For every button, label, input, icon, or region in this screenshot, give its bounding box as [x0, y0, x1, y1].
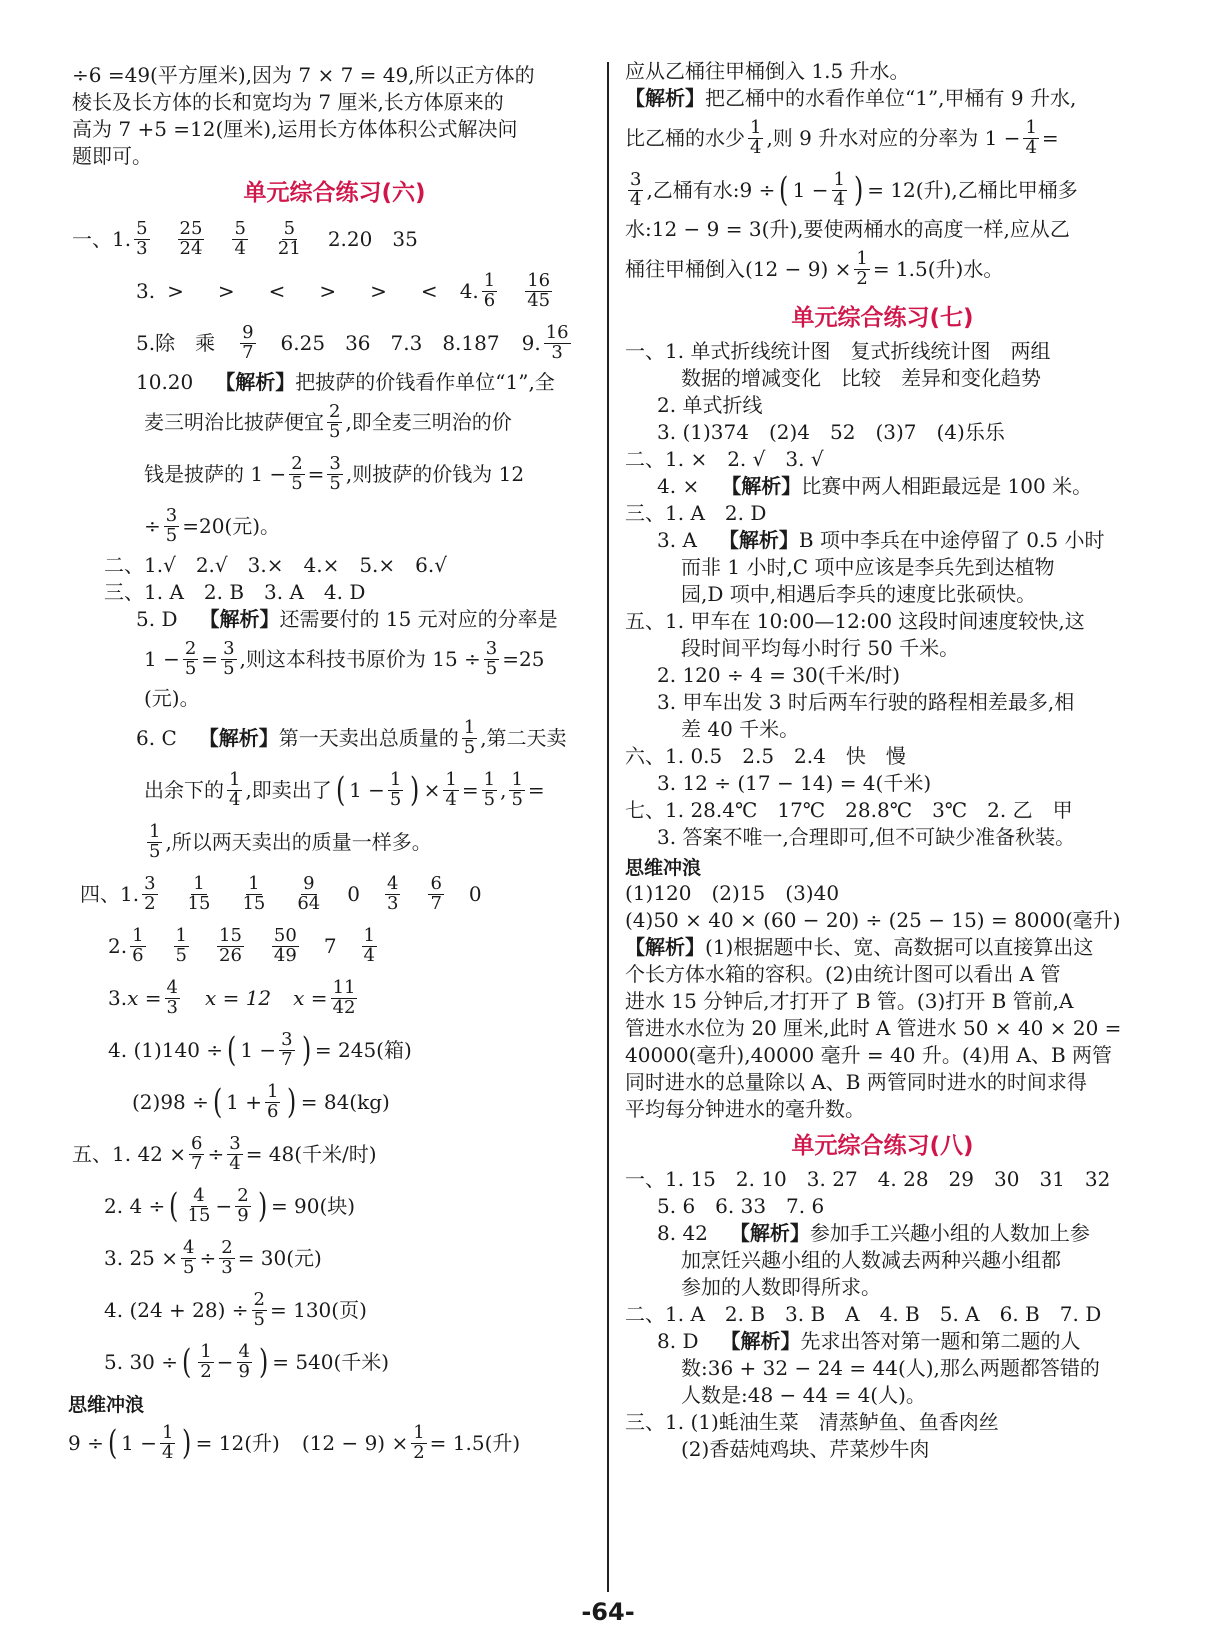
analysis-label: 【解析】 [215, 369, 295, 396]
text-line: 34 ,乙桶有水:9 ÷ (1 − 14) = 12(升),乙桶比甲桶多 [625, 164, 1140, 216]
answer-line: 2. 单式折线 [625, 392, 1140, 419]
analysis-label: 【解析】 [719, 527, 799, 554]
answer-line: 4. (24 + 28) ÷ 25 = 130(页) [72, 1284, 597, 1336]
answer-line: 2. 4 ÷ ( 415 − 29) = 90(块) [72, 1180, 597, 1232]
answer-line: 五、1. 甲车在 10:00—12:00 这段时间速度较快,这 [625, 608, 1140, 635]
fraction: 2524 [178, 220, 205, 259]
analysis-label: 【解析】 [721, 473, 801, 500]
answer-line: 管进水水位为 20 厘米,此时 A 管进水 50 × 40 × 20 = [625, 1015, 1140, 1042]
answer-line: (1)120 (2)15 (3)40 [625, 880, 1140, 907]
answer-line: 五、1. 42 × 67 ÷ 34 = 48(千米/时) [72, 1128, 597, 1180]
fraction: 35 [164, 507, 179, 546]
column-divider [607, 62, 609, 1592]
answer-line: (4)50 × 40 × (60 − 20) ÷ (25 − 15) = 800… [625, 907, 1140, 934]
analysis-label: 【解析】 [625, 934, 705, 961]
answer-line: 二、1. × 2. √ 3. √ [625, 446, 1140, 473]
answer-line: 个长方体水箱的容积。(2)由统计图可以看出 A 管 [625, 961, 1140, 988]
answer-line: 3. > > < > > < 4. 16 1645 [72, 265, 597, 317]
section-title-8: 单元综合练习(八) [625, 1127, 1140, 1160]
answer-line: 【解析】 (1)根据题中长、宽、高数据可以直接算出这 [625, 934, 1140, 961]
page-number: -64- [0, 1598, 1216, 1626]
answer-line: 出余下的 14 ,即卖出了 (1 − 15) × 14 = 15 , 15 = [72, 764, 597, 816]
analysis-label: 【解析】 [625, 85, 705, 112]
answer-line: 3. 甲车出发 3 时后两车行驶的路程相差最多,相 [625, 689, 1140, 716]
fraction: 54 [232, 220, 247, 259]
analysis-label: 【解析】 [720, 1328, 800, 1355]
answer-line: (2)98 ÷ (1 + 16) = 84(kg) [72, 1076, 597, 1128]
section-title-7: 单元综合练习(七) [625, 299, 1140, 332]
answer-line: 段时间平均每小时行 50 千米。 [625, 635, 1140, 662]
answer-line: 二、1.√ 2.√ 3.× 4.× 5.× 6.√ [72, 552, 597, 579]
answer-line: 9 ÷ (1 − 14) = 12(升) (12 − 9) × 12 = 1.5… [68, 1417, 597, 1469]
answer-line: 3. A 【解析】 B 项中李兵在中途停留了 0.5 小时 [625, 527, 1140, 554]
answer-line: 六、1. 0.5 2.5 2.4 快 慢 [625, 743, 1140, 770]
answer-line: 进水 15 分钟后,才打开了 B 管。(3)打开 B 管前,A [625, 988, 1140, 1015]
answer-line: (2)香菇炖鸡块、芹菜炒牛肉 [625, 1436, 1140, 1463]
thinking-heading: 思维冲浪 [68, 1390, 597, 1417]
fraction: 521 [276, 220, 303, 259]
answer-line: 5.除 乘 97 6.25 36 7.3 8.187 9. 163 [72, 317, 597, 369]
answer-line: 差 40 千米。 [625, 716, 1140, 743]
answer-line: 5. 6 6. 33 7. 6 [625, 1193, 1140, 1220]
answer-line: 4. × 【解析】 比赛中两人相距最远是 100 米。 [625, 473, 1140, 500]
right-column: 应从乙桶往甲桶倒入 1.5 升水。 【解析】 把乙桶中的水看作单位“1”,甲桶有… [625, 58, 1140, 1463]
answer-line: 4. (1)140 ÷ (1 − 37) = 245(箱) [72, 1024, 597, 1076]
answer-line: 2. 120 ÷ 4 = 30(千米/时) [625, 662, 1140, 689]
text-line: 【解析】 把乙桶中的水看作单位“1”,甲桶有 9 升水, [625, 85, 1140, 112]
text-line: 比乙桶的水少 14 ,则 9 升水对应的分率为 1 − 14 = [625, 112, 1140, 164]
answer-line: 参加的人数即得所求。 [625, 1274, 1140, 1301]
answer-line: 七、1. 28.4℃ 17℃ 28.8℃ 3℃ 2. 乙 甲 [625, 797, 1140, 824]
answer-line: 一、1. 15 2. 10 3. 27 4. 28 29 30 31 32 [625, 1166, 1140, 1193]
answer-line: 3. x = 43 x = 12 x = 1142 [72, 972, 597, 1024]
answer-line: 三、1. A 2. B 3. A 4. D [72, 579, 597, 606]
fraction: 25 [327, 403, 342, 442]
answer-line: 10.20 【解析】 把披萨的价钱看作单位“1”,全 [72, 369, 597, 396]
answer-line: 6. C 【解析】 第一天卖出总质量的 15 ,第二天卖 [72, 712, 597, 764]
analysis-label: 【解析】 [199, 606, 279, 633]
answer-line: 人数是:48 − 44 = 4(人)。 [625, 1382, 1140, 1409]
analysis-label: 【解析】 [199, 725, 279, 752]
fraction: 53 [134, 220, 149, 259]
answer-line: 三、1. (1)蚝油生菜 清蒸鲈鱼、鱼香肉丝 [625, 1409, 1140, 1436]
fraction: 35 [327, 455, 342, 494]
answer-line: 数据的增减变化 比较 差异和变化趋势 [625, 365, 1140, 392]
answer-line: (元)。 [72, 685, 597, 712]
text-line: 应从乙桶往甲桶倒入 1.5 升水。 [625, 58, 1140, 85]
answer-line: 二、1. A 2. B 3. B A 4. B 5. A 6. B 7. D [625, 1301, 1140, 1328]
analysis-label: 【解析】 [730, 1220, 810, 1247]
fraction: 1645 [525, 272, 552, 311]
answer-line: 园,D 项中,相遇后李兵的速度比张硕快。 [625, 581, 1140, 608]
text-line: 水:12 − 9 = 3(升),要使两桶水的高度一样,应从乙 [625, 216, 1140, 243]
text-line: 题即可。 [72, 143, 597, 170]
answer-line: 40000(毫升),40000 毫升 = 40 升。(4)用 A、B 两管 [625, 1042, 1140, 1069]
fraction: 25 [289, 455, 304, 494]
fraction: 16 [482, 272, 497, 311]
left-column: ÷6 =49(平方厘米),因为 7 × 7 = 49,所以正方体的 棱长及长方体… [72, 62, 597, 1469]
text-line: 棱长及长方体的长和宽均为 7 厘米,长方体原来的 [72, 89, 597, 116]
thinking-heading: 思维冲浪 [625, 853, 1140, 880]
answer-line: 同时进水的总量除以 A、B 两管同时进水的时间求得 [625, 1069, 1140, 1096]
answer-line: 3. 答案不唯一,合理即可,但不可缺少准备秋装。 [625, 824, 1140, 851]
answer-line: 3. 25 × 45 ÷ 23 = 30(元) [72, 1232, 597, 1284]
section-title-6: 单元综合练习(六) [72, 174, 597, 207]
answer-line: 3. (1)374 (2)4 52 (3)7 (4)乐乐 [625, 419, 1140, 446]
fraction: 163 [544, 324, 571, 363]
answer-line: 数:36 + 32 − 24 = 44(人),那么两题都答错的 [625, 1355, 1140, 1382]
answer-line: 麦三明治比披萨便宜 25 ,即全麦三明治的价 [72, 396, 597, 448]
text-line: 高为 7 +5 =12(厘米),运用长方体体积公式解决问 [72, 116, 597, 143]
answer-line: 3. 12 ÷ (17 − 14) = 4(千米) [625, 770, 1140, 797]
answer-line: 2. 16 15 1526 5049 7 14 [72, 920, 597, 972]
answer-line: 四、1. 32 115 115 964 0 43 67 0 [72, 868, 597, 920]
answer-line: 8. D 【解析】 先求出答对第一题和第二题的人 [625, 1328, 1140, 1355]
answer-line: 1 − 25 = 35 ,则这本科技书原价为 15 ÷ 35 =25 [72, 633, 597, 685]
answer-line: 而非 1 小时,C 项中应该是李兵先到达植物 [625, 554, 1140, 581]
fraction: 97 [240, 324, 255, 363]
answer-line: 加烹饪兴趣小组的人数减去两种兴趣小组都 [625, 1247, 1140, 1274]
text-line: 桶往甲桶倒入(12 − 9) × 12 = 1.5(升)水。 [625, 243, 1140, 295]
answer-line: 钱是披萨的 1 − 25 = 35 ,则披萨的价钱为 12 [72, 448, 597, 500]
answer-line: 三、1. A 2. D [625, 500, 1140, 527]
answer-line: ÷ 35 =20(元)。 [72, 500, 597, 552]
text-line: ÷6 =49(平方厘米),因为 7 × 7 = 49,所以正方体的 [72, 62, 597, 89]
answer-line: 一、1. 单式折线统计图 复式折线统计图 两组 [625, 338, 1140, 365]
answer-line: 5. 30 ÷ ( 12 − 49) = 540(千米) [72, 1336, 597, 1388]
answer-line: 8. 42 【解析】 参加手工兴趣小组的人数加上参 [625, 1220, 1140, 1247]
answer-line: 15 ,所以两天卖出的质量一样多。 [72, 816, 597, 868]
answer-line: 平均每分钟进水的毫升数。 [625, 1096, 1140, 1123]
answer-line: 一、1. 53 2524 54 521 2.20 35 [72, 213, 597, 265]
answer-line: 5. D 【解析】 还需要付的 15 元对应的分率是 [72, 606, 597, 633]
